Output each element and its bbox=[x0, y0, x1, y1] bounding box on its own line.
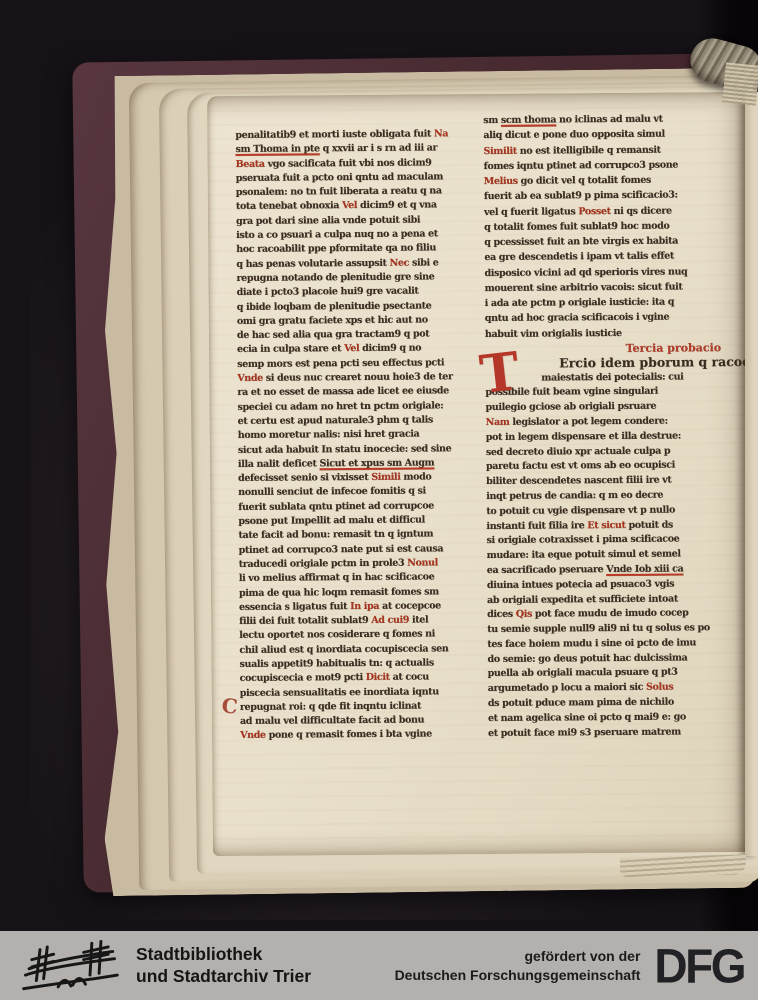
library-name: Stadtbibliothek und Stadtarchiv Trier bbox=[136, 944, 311, 988]
manuscript-line: repugna notando de plenitudie gre sine bbox=[236, 270, 462, 286]
text-column-right: sm scm thoma no iclinas ad malu vtaliq d… bbox=[483, 111, 752, 742]
manuscript-line: tate facit ad bonu: remasit tn q igntum bbox=[238, 527, 464, 543]
manuscript-line: Ercio idem pborum q racoe bbox=[485, 355, 749, 372]
trier-bridge-logo-icon bbox=[20, 938, 120, 994]
manuscript-line: Vnde pone q remasit fomes i bta vgine bbox=[240, 728, 466, 744]
bottom-page-curl bbox=[620, 854, 746, 877]
library-branding: Stadtbibliothek und Stadtarchiv Trier bbox=[0, 938, 311, 994]
manuscript-page: penalitatib9 et morti iuste obligata fui… bbox=[207, 92, 758, 856]
right-column-upper-text: sm scm thoma no iclinas ad malu vtaliq d… bbox=[483, 111, 749, 342]
manuscript-line: sm Thoma in pte q xxvii ar i s rn ad iii… bbox=[235, 141, 461, 157]
manuscript-line: et certu est apud naturale3 phm q talis bbox=[238, 413, 464, 429]
library-name-line1: Stadtbibliothek bbox=[136, 944, 311, 966]
manuscript-line: lectu oportet nos cosiderare q fomes ni bbox=[239, 628, 465, 644]
manuscript-line: tota tenebat obnoxia Vel dicim9 et q vna bbox=[236, 199, 462, 215]
manuscript-line: sicut ada habuit In statu inocecie: sed … bbox=[238, 442, 464, 458]
text-column-left: penalitatib9 et morti iuste obligata fui… bbox=[235, 127, 466, 744]
manuscript-line: hoc racoabilit ppe pformitate qa no fili… bbox=[236, 242, 462, 258]
funder-credit-line2: Deutschen Forschungsgemeinschaft bbox=[395, 966, 641, 984]
funder-credit: gefördert von der Deutschen Forschungsge… bbox=[395, 947, 641, 983]
manuscript-line: Beata vgo sacificata fuit vbi nos dicim9 bbox=[236, 156, 462, 172]
funder-credit-line1: gefördert von der bbox=[395, 947, 641, 965]
manuscript-line: piscecia sensualitatis ee inordiata iqnt… bbox=[240, 685, 466, 701]
manuscript-line: li vo melius affirmat q in hac scificaco… bbox=[239, 570, 465, 586]
manuscript-line: q ibide loqbam de plenitudie psectante bbox=[237, 299, 463, 315]
manuscript-line: essencia s ligatus fuit In ipa at cocepc… bbox=[239, 599, 465, 615]
tercio-paragraph: T Ercio idem pborum q racoemaiestatis de… bbox=[485, 355, 752, 742]
fore-edge-leaves bbox=[722, 62, 758, 105]
manuscript-line: de hac sed alia qua gra tractam9 q pot bbox=[237, 327, 463, 343]
red-paraph-mark: C bbox=[221, 693, 239, 718]
library-name-line2: und Stadtarchiv Trier bbox=[136, 966, 311, 988]
scanned-photo: penalitatib9 et morti iuste obligata fui… bbox=[0, 0, 758, 931]
institution-bar: Stadtbibliothek und Stadtarchiv Trier ge… bbox=[0, 931, 758, 1000]
funder-branding: gefördert von der Deutschen Forschungsge… bbox=[395, 939, 758, 993]
manuscript-line: pima de qua hic loqm remasit fomes sm bbox=[239, 585, 465, 601]
manuscript-line: defecisset senio si vixisset Simili modo bbox=[238, 470, 464, 486]
manuscript-line: fuerit sublata qntu ptinet ad corrupcoe bbox=[238, 499, 464, 515]
manuscript-line: sualis appetit9 habitualis tn: q actuali… bbox=[239, 656, 465, 672]
manuscript-line: ra et no esset de massa ade licet ee eiu… bbox=[237, 385, 463, 401]
facing-page-sliver bbox=[745, 92, 758, 856]
dfg-logo: DFG bbox=[654, 937, 744, 993]
manuscript-line: et potuit face mi9 s3 pseruare matrem bbox=[488, 725, 752, 742]
rubricated-initial-T: T bbox=[478, 348, 522, 400]
